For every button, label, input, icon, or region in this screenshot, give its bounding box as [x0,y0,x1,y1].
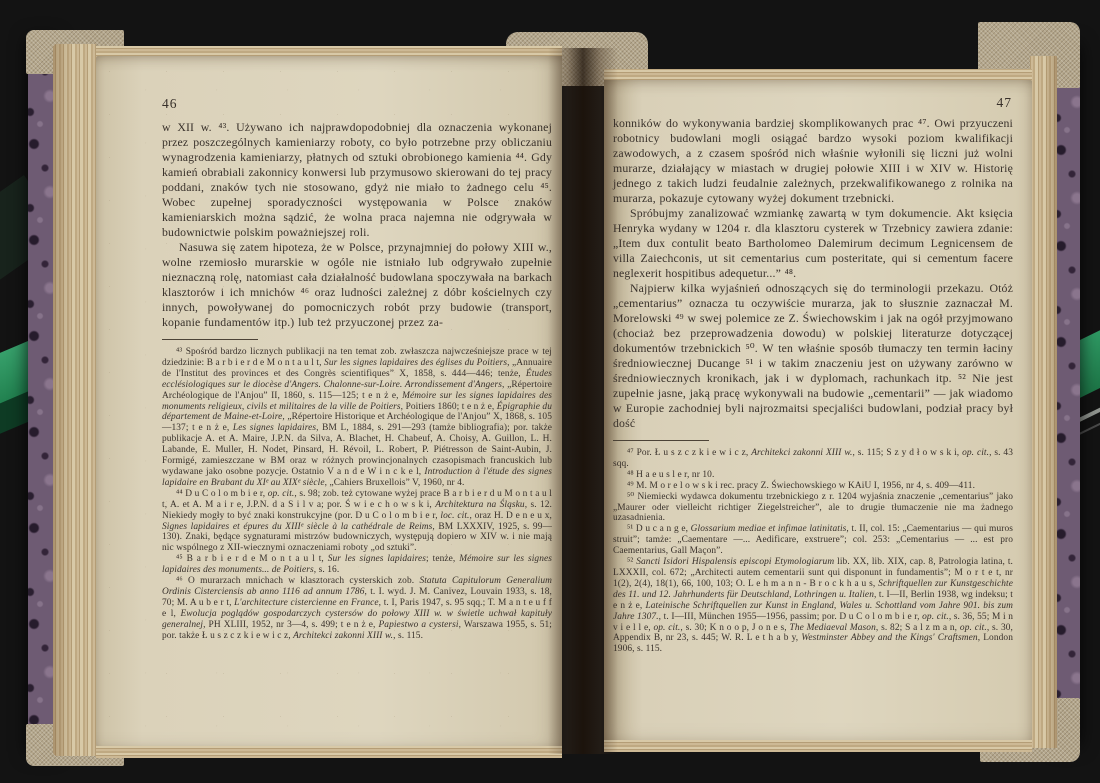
book-cover-left [28,38,55,754]
left-page-body: w XII w. ⁴³. Używano ich najprawdopodobn… [162,120,552,330]
footnote: ⁴⁸ H a e u s l e r, nr 10. [613,470,1013,481]
book-gutter-shadow [548,48,618,754]
right-page-text-column: konników do wykonywania bardziej skompli… [613,116,1013,655]
body-paragraph: Najpierw kilka wyjaśnień odnoszących się… [613,281,1013,431]
body-paragraph: Nasuwa się zatem hipoteza, że w Polsce, … [162,240,552,330]
page-edges-right [1030,56,1057,748]
right-page-footnotes: ⁴⁷ Por. Ł u s z c z k i e w i c z, Archi… [613,448,1013,655]
footnote: ⁵⁰ Niemiecki wydawca dokumentu trzebnick… [613,492,1013,525]
page-edges-bottom-left [96,744,562,758]
footnote: ⁵² Sancti Isidori Hispalensis episcopi E… [613,557,1013,655]
body-paragraph: Spróbujmy zanalizować wzmiankę zawartą w… [613,206,1013,281]
footnote: ⁴⁹ M. M o r e l o w s k i rec. pracy Z. … [613,481,1013,492]
page-number-left: 46 [162,96,178,112]
footnote-separator-right [613,440,709,441]
left-page-text-column: w XII w. ⁴³. Używano ich najprawdopodobn… [162,120,552,641]
page-right: 47 konników do wykonywania bardziej skom… [604,80,1032,740]
right-page-body: konników do wykonywania bardziej skompli… [613,116,1013,431]
footnote: ⁴⁵ B a r b i e r d e M o n t a u l t, Su… [162,554,552,576]
footnote: ⁴⁷ Por. Ł u s z c z k i e w i c z, Archi… [613,448,1013,470]
footnote: ⁴⁴ D u C o l o m b i e r, op. cit., s. 9… [162,489,552,554]
page-edges-left [53,44,96,756]
body-paragraph: konników do wykonywania bardziej skompli… [613,116,1013,206]
scanned-book-photo: 46 w XII w. ⁴³. Używano ich najprawdopod… [0,0,1100,783]
footnote: ⁵¹ D u c a n g e, Glossarium mediae et i… [613,524,1013,557]
footnote: ⁴³ Spośród bardzo licznych publikacji na… [162,347,552,489]
page-edges-bottom-right [604,738,1032,752]
left-page-footnotes: ⁴³ Spośród bardzo licznych publikacji na… [162,347,552,641]
book-cover-right [1055,44,1080,746]
body-paragraph: w XII w. ⁴³. Używano ich najprawdopodobn… [162,120,552,240]
footnote: ⁴⁶ O murarzach mnichach w klasztorach cy… [162,576,552,641]
page-number-right: 47 [997,95,1013,111]
page-left: 46 w XII w. ⁴³. Używano ich najprawdopod… [96,56,562,746]
footnote-separator-left [162,339,258,340]
